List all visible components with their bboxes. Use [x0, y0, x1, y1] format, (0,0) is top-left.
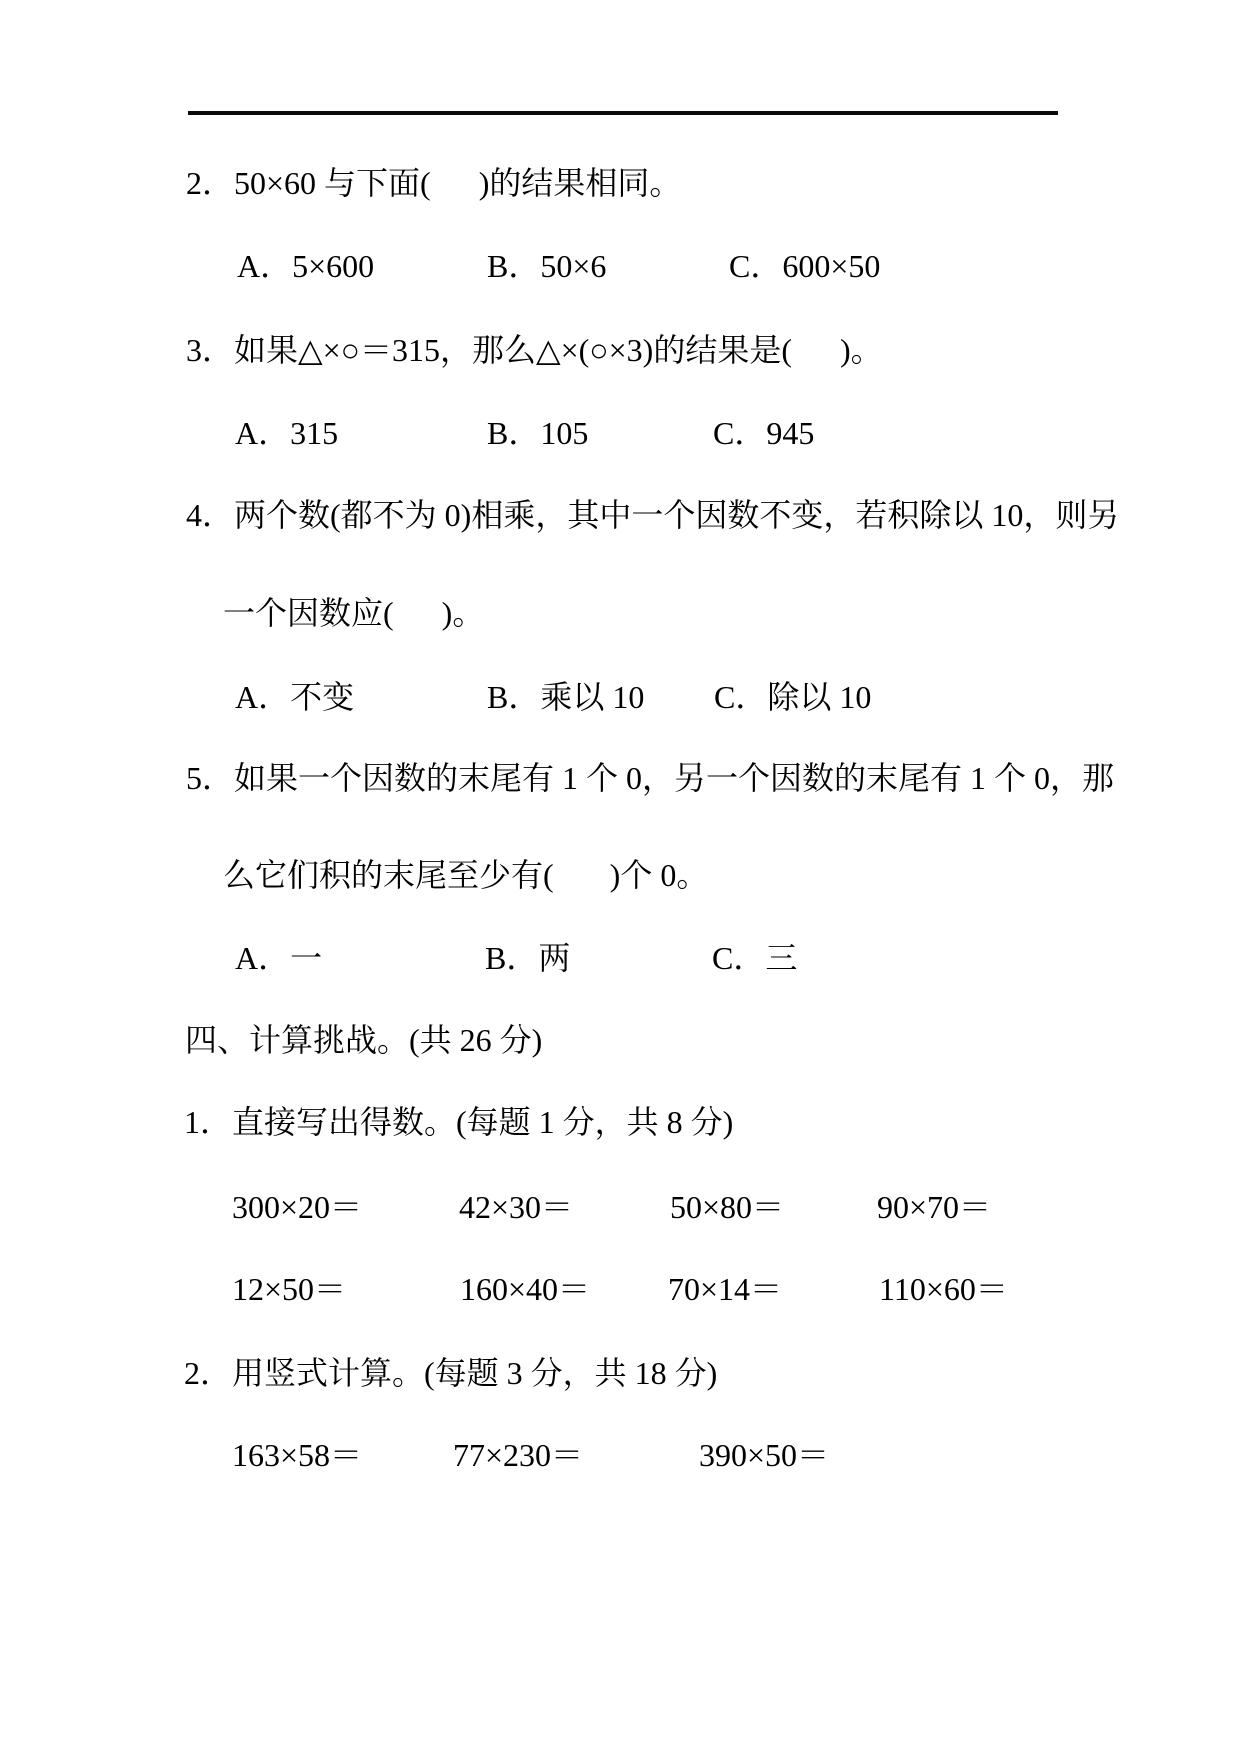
calc-expression: 163×58＝: [232, 1433, 362, 1477]
question-4-option-b: B．乘以 10: [487, 675, 644, 719]
section-4-heading: 四、计算挑战。(共 26 分): [185, 1018, 542, 1062]
calc-expression: 160×40＝: [460, 1267, 590, 1311]
calc-expression: 70×14＝: [668, 1267, 782, 1311]
header-rule: [188, 111, 1058, 115]
question-4-option-a: A．不变: [235, 675, 354, 719]
question-3-option-b: B．105: [487, 411, 588, 455]
calc-expression: 300×20＝: [232, 1185, 362, 1229]
question-2-option-b: B．50×6: [487, 244, 606, 288]
question-5-text-line1: 5．如果一个因数的末尾有 1 个 0，另一个因数的末尾有 1 个 0，那: [186, 756, 1114, 800]
question-5-option-a: A．一: [235, 936, 322, 980]
question-5-text-line2: 么它们积的末尾至少有( )个 0。: [223, 853, 708, 897]
question-4-text-line1: 4．两个数(都不为 0)相乘，其中一个因数不变，若积除以 10，则另: [186, 493, 1119, 537]
question-2-text: 2．50×60 与下面( )的结果相同。: [186, 161, 681, 205]
question-5-option-c: C．三: [712, 936, 797, 980]
section-4-item-2-text: 2．用竖式计算。(每题 3 分，共 18 分): [184, 1351, 717, 1395]
question-2-option-a: A．5×600: [237, 244, 374, 288]
calc-expression: 12×50＝: [232, 1267, 346, 1311]
calc-expression: 77×230＝: [453, 1433, 583, 1477]
calc-expression: 50×80＝: [670, 1185, 784, 1229]
question-2-option-c: C．600×50: [729, 244, 880, 288]
question-4-text-line2: 一个因数应( )。: [223, 591, 484, 635]
question-3-option-a: A．315: [235, 411, 338, 455]
section-4-item-1-text: 1．直接写出得数。(每题 1 分，共 8 分): [184, 1100, 733, 1144]
question-4-option-c: C．除以 10: [714, 675, 871, 719]
worksheet-page: 2．50×60 与下面( )的结果相同。 A．5×600 B．50×6 C．60…: [0, 0, 1241, 1754]
calc-expression: 90×70＝: [877, 1185, 991, 1229]
question-3-option-c: C．945: [713, 411, 814, 455]
calc-expression: 390×50＝: [699, 1433, 829, 1477]
calc-expression: 42×30＝: [459, 1185, 573, 1229]
question-3-text: 3．如果△×○＝315，那么△×(○×3)的结果是( )。: [186, 328, 883, 372]
question-5-option-b: B．两: [485, 936, 570, 980]
calc-expression: 110×60＝: [879, 1267, 1008, 1311]
